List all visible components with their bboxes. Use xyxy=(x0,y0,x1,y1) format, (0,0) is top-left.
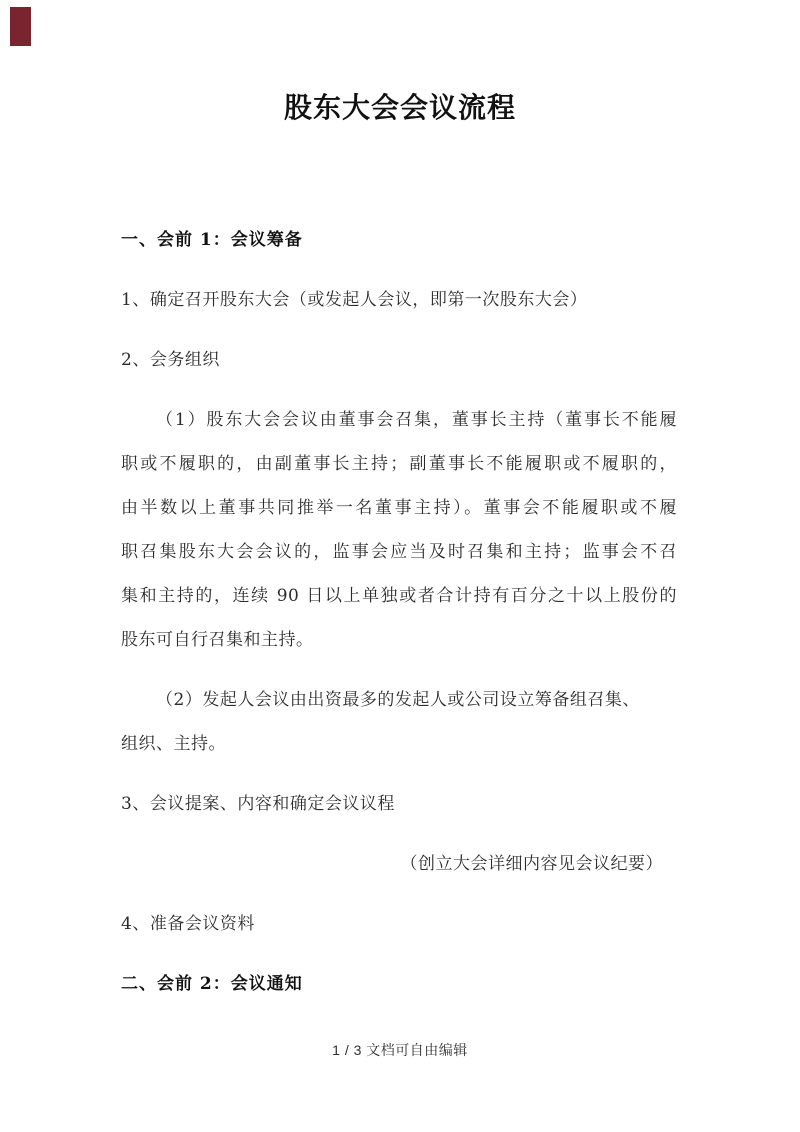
document-body: 一、会前 1：会议筹备 1、确定召开股东大会（或发起人会议，即第一次股东大会） … xyxy=(121,218,677,1006)
doc-line: 集和主持的，连续 90 日以上单独或者合计持有百分之十以上股份的 xyxy=(121,574,677,618)
site-logo-mark xyxy=(10,7,31,46)
doc-line: 1、确定召开股东大会（或发起人会议，即第一次股东大会） xyxy=(121,278,677,322)
doc-line: 职召集股东大会会议的，监事会应当及时召集和主持；监事会不召 xyxy=(121,530,677,574)
document-page: { "page": { "background": "#ffffff", "lo… xyxy=(0,0,800,1132)
doc-line: （2）发起人会议由出资最多的发起人或公司设立筹备组召集、 xyxy=(121,678,677,722)
doc-line: 2、会务组织 xyxy=(121,338,677,382)
doc-note-right: （创立大会详细内容见会议纪要） xyxy=(121,842,677,886)
doc-line: 4、准备会议资料 xyxy=(121,902,677,946)
doc-line: 由半数以上董事共同推举一名董事主持）。董事会不能履职或不履 xyxy=(121,486,677,530)
section-heading: 一、会前 1：会议筹备 xyxy=(121,218,677,262)
doc-line: 3、会议提案、内容和确定会议议程 xyxy=(121,782,677,826)
doc-line: 组织、主持。 xyxy=(121,722,677,766)
doc-line: 股东可自行召集和主持。 xyxy=(121,618,677,662)
page-title: 股东大会会议流程 xyxy=(0,88,800,127)
section-heading: 二、会前 2：会议通知 xyxy=(121,962,677,1006)
doc-line: （1）股东大会会议由董事会召集，董事长主持（董事长不能履 xyxy=(121,398,677,442)
doc-line: 职或不履职的，由副董事长主持；副董事长不能履职或不履职的， xyxy=(121,442,677,486)
page-footer: 1 / 3 文档可自由编辑 xyxy=(0,1040,800,1060)
